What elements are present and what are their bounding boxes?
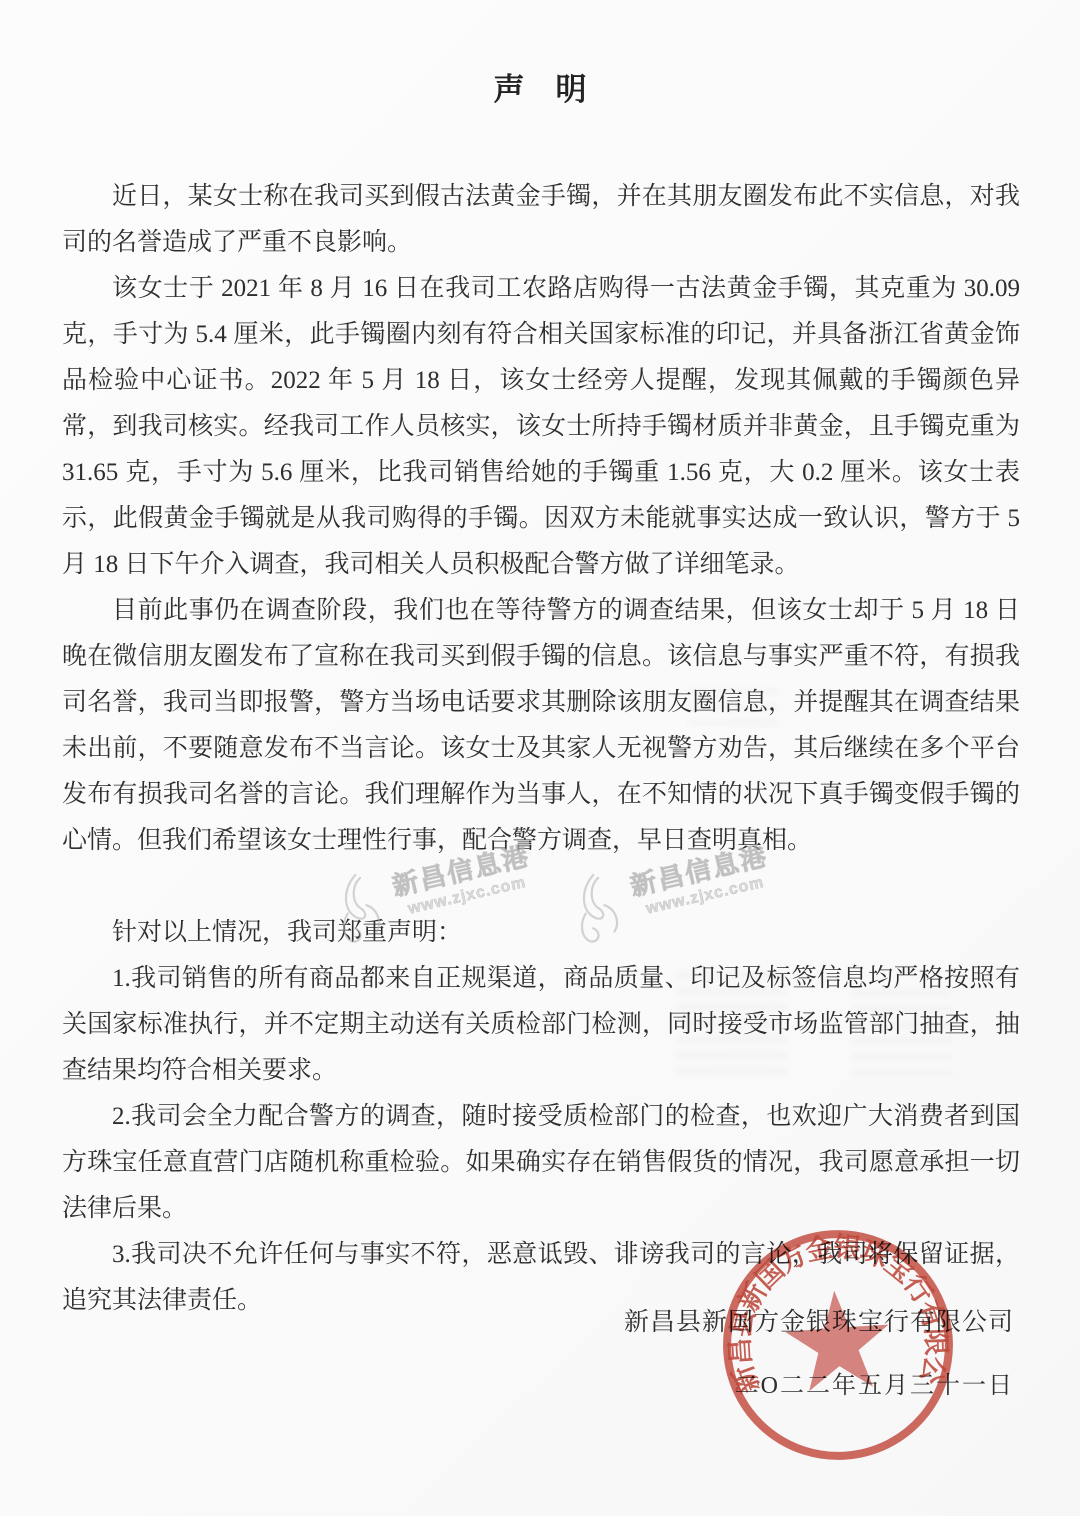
document-title: 声 明 xyxy=(0,64,1080,109)
paragraph-intro: 近日，某女士称在我司买到假古法黄金手镯，并在其朋友圈发布此不实信息，对我司的名誉… xyxy=(62,174,1020,266)
star-icon xyxy=(783,1287,893,1392)
blank-line xyxy=(62,864,1020,910)
paragraph-investigation: 目前此事仍在调查阶段，我们也在等待警方的调查结果，但该女士却于 5 月 18 日… xyxy=(62,588,1020,864)
scanned-statement-page: 声 明 近日，某女士称在我司买到假古法黄金手镯，并在其朋友圈发布此不实信息，对我… xyxy=(0,0,1080,1516)
paragraph-facts: 该女士于 2021 年 8 月 16 日在我司工农路店购得一古法黄金手镯，其克重… xyxy=(62,266,1020,588)
declaration-item-2: 2.我司会全力配合警方的调查，随时接受质检部门的检查，也欢迎广大消费者到国方珠宝… xyxy=(62,1094,1020,1232)
declaration-intro: 针对以上情况，我司郑重声明： xyxy=(62,910,1020,956)
declaration-item-1: 1.我司销售的所有商品都来自正规渠道，商品质量、印记及标签信息均严格按照有关国家… xyxy=(62,956,1020,1094)
company-seal: 新昌县新国方金银珠宝行有限公司 xyxy=(706,1213,971,1478)
document-body: 近日，某女士称在我司买到假古法黄金手镯，并在其朋友圈发布此不实信息，对我司的名誉… xyxy=(62,174,1020,1324)
